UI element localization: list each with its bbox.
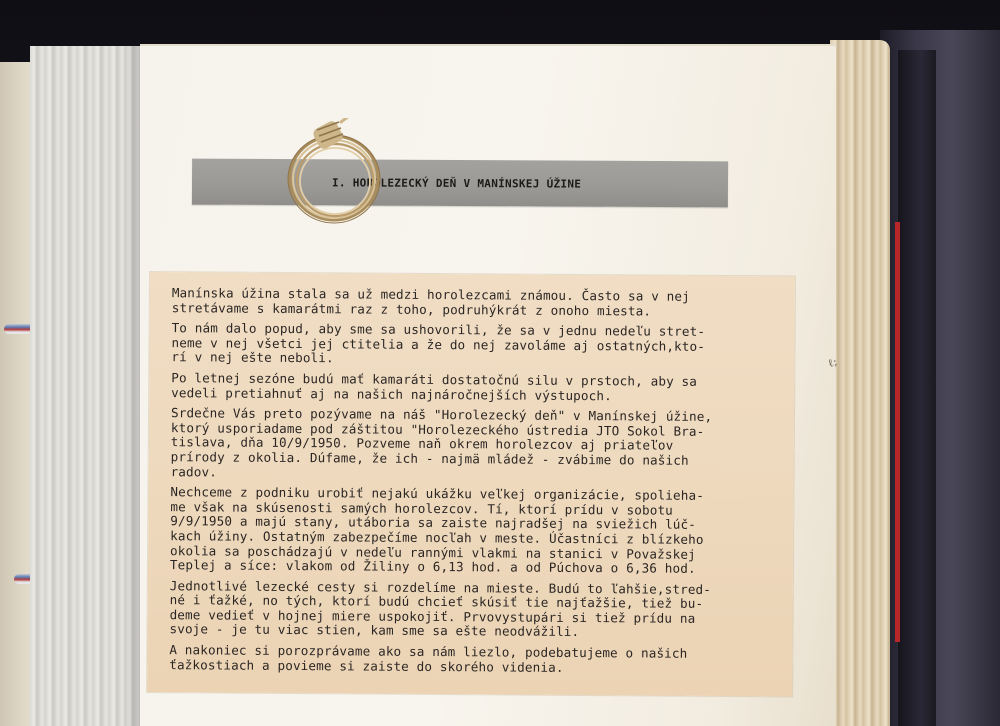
stacked-page-edges <box>830 40 890 726</box>
album-back-cover <box>898 50 936 726</box>
text-line: Teplej a síce: vlakom od Žiliny o 6,13 h… <box>170 558 780 577</box>
text-line: ťažkostiach a povieme si zaiste do skoré… <box>169 658 779 677</box>
note-body: Manínska úžina stala sa už medzi horolez… <box>169 286 782 682</box>
paragraph: Nechceme z podniku urobiť nejakú ukážku … <box>170 485 781 577</box>
paragraph: To nám dalo popud, aby sme sa ushovorili… <box>171 321 781 369</box>
paragraph: Srdečne Vás preto pozývame na náš "Horol… <box>171 406 781 483</box>
text-line: radov. <box>171 465 781 484</box>
red-bookmark-ribbon <box>895 222 900 642</box>
rope-coil-icon <box>283 118 385 226</box>
typed-note: Manínska úžina stala sa už medzi horolez… <box>147 272 795 696</box>
paragraph: Po letnej sezóne budú mať kamaráti dosta… <box>171 371 781 404</box>
title-strip: I. HOROLEZECKÝ DEŇ V MANÍNSKEJ ÚŽINE <box>192 159 728 208</box>
paragraph: Manínska úžina stala sa už medzi horolez… <box>172 286 782 319</box>
paragraph: A nakoniec si porozprávame ako sa nám li… <box>169 643 779 676</box>
text-line: stretávame s kamarátmi raz z toho, podru… <box>172 301 782 320</box>
album-photo: I. HOROLEZECKÝ DEŇ V MANÍNSKEJ ÚŽINE Man… <box>0 0 1000 726</box>
paragraph: Jednotlivé lezecké cesty si rozdelíme na… <box>169 579 779 642</box>
